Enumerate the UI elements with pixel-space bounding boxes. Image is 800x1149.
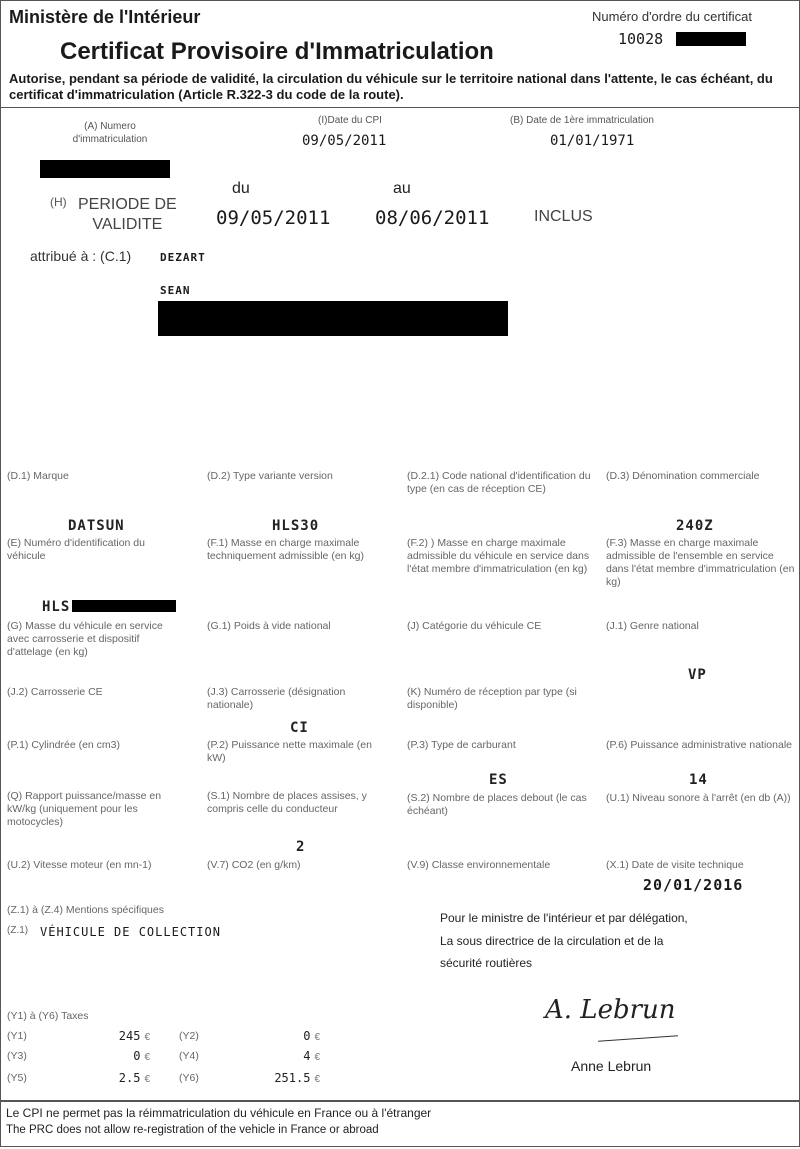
z1-code: (Z.1) [7, 925, 28, 936]
authorization-text: Autorise, pendant sa période de validité… [9, 71, 789, 103]
f3-label: (F.3) Masse en charge maximale admissibl… [606, 537, 796, 589]
tax-y4-value: 4€ [250, 1049, 320, 1063]
vin-value: HLS [42, 599, 70, 615]
u1-label: (U.1) Niveau sonore à l'arrêt (en db (A)… [606, 792, 796, 805]
fiscal-power-value: 14 [689, 772, 708, 788]
brand-value: DATSUN [68, 518, 125, 534]
validity-from-label: du [232, 180, 250, 198]
document-title: Certificat Provisoire d'Immatriculation [60, 38, 494, 66]
cpi-date: 09/05/2011 [302, 133, 386, 149]
tax-y5-value: 2.5€ [80, 1071, 150, 1085]
validity-label: PERIODE DE VALIDITE [78, 195, 177, 235]
d2-label: (D.2) Type variante version [207, 470, 392, 483]
taxes-label: (Y1) à (Y6) Taxes [7, 1010, 89, 1022]
d21-label: (D.2.1) Code national d'identification d… [407, 470, 597, 496]
tax-y3-value: 0€ [80, 1049, 150, 1063]
p6-label: (P.6) Puissance administrative nationale [606, 739, 796, 752]
x1-label: (X.1) Date de visite technique [606, 859, 796, 872]
signature-line1: Pour le ministre de l'intérieur et par d… [440, 911, 688, 925]
type-variant-value: HLS30 [272, 518, 319, 534]
footer-note-fr: Le CPI ne permet pas la réimmatriculatio… [6, 1106, 431, 1120]
signature-scribble: A. Lebrun [545, 995, 676, 1025]
tax-y1-value: 245€ [80, 1029, 150, 1043]
signature-line3: sécurité routières [440, 956, 532, 970]
order-number-prefix: 10028 [618, 30, 663, 48]
tax-y2-value: 0€ [250, 1029, 320, 1043]
technical-inspection-date: 20/01/2016 [643, 876, 743, 894]
registration-number-redaction [40, 160, 170, 178]
national-genre-value: VP [688, 667, 707, 683]
v7-label: (V.7) CO2 (en g/km) [207, 859, 392, 872]
j2-label: (J.2) Carrosserie CE [7, 686, 182, 699]
v9-label: (V.9) Classe environnementale [407, 859, 597, 872]
a-label: (A) Numero d'immatriculation [60, 120, 160, 146]
signatory-name: Anne Lebrun [571, 1058, 651, 1074]
tax-y4-code: (Y4) [179, 1050, 199, 1062]
order-number-label: Numéro d'ordre du certificat [592, 9, 752, 24]
fuel-type-value: ES [489, 772, 508, 788]
tax-y5-code: (Y5) [7, 1072, 27, 1084]
validity-to-label: au [393, 180, 411, 198]
signature-line2: La sous directrice de la circulation et … [440, 934, 663, 948]
holder-label: attribué à : (C.1) [30, 248, 131, 264]
validity-from-date: 09/05/2011 [216, 207, 330, 229]
tax-y3-code: (Y3) [7, 1050, 27, 1062]
tax-y2-code: (Y2) [179, 1030, 199, 1042]
q-label: (Q) Rapport puissance/masse en kW/kg (un… [7, 790, 182, 829]
first-registration-date: 01/01/1971 [550, 133, 634, 149]
p2-label: (P.2) Puissance nette maximale (en kW) [207, 739, 392, 765]
g-label: (G) Masse du véhicule en service avec ca… [7, 620, 182, 659]
d3-label: (D.3) Dénomination commerciale [606, 470, 796, 483]
order-number: 10028 [618, 30, 663, 48]
s2-label: (S.2) Nombre de places debout (le cas éc… [407, 792, 587, 818]
tax-y1-code: (Y1) [7, 1030, 27, 1042]
tax-y6-value: 251.5€ [250, 1071, 320, 1085]
holder-surname: DEZART [160, 251, 206, 264]
order-number-redaction [676, 32, 746, 46]
footer-note-en: The PRC does not allow re-registration o… [6, 1124, 379, 1136]
i-label: (I)Date du CPI [300, 115, 400, 126]
holder-address-redaction [158, 301, 508, 336]
j3-label: (J.3) Carrosserie (désignation nationale… [207, 686, 367, 712]
body-designation-value: CI [290, 720, 309, 736]
validity-to-date: 08/06/2011 [375, 207, 489, 229]
p1-label: (P.1) Cylindrée (en cm3) [7, 739, 182, 752]
f2-label: (F.2) ) Masse en charge maximale admissi… [407, 537, 597, 576]
tax-y6-code: (Y6) [179, 1072, 199, 1084]
d1-label: (D.1) Marque [7, 470, 187, 483]
p3-label: (P.3) Type de carburant [407, 739, 597, 752]
vin-redaction [72, 600, 176, 612]
f1-label: (F.1) Masse en charge maximale technique… [207, 537, 392, 563]
j-label: (J) Catégorie du véhicule CE [407, 620, 597, 633]
s1-label: (S.1) Nombre de places assises, y compri… [207, 790, 392, 816]
holder-first-name: SEAN [160, 284, 191, 297]
e-label: (E) Numéro d'identification du véhicule [7, 537, 177, 563]
commercial-name-value: 240Z [676, 518, 714, 534]
j1-label: (J.1) Genre national [606, 620, 796, 633]
ministry-name: Ministère de l'Intérieur [9, 7, 200, 28]
b-label: (B) Date de 1ère immatriculation [510, 115, 654, 126]
k-label: (K) Numéro de réception par type (si dis… [407, 686, 597, 712]
seats-value: 2 [296, 839, 305, 855]
mentions-label: (Z.1) à (Z.4) Mentions spécifiques [7, 904, 257, 917]
validity-inclusive: INCLUS [534, 208, 593, 226]
h-code: (H) [50, 195, 67, 209]
g1-label: (G.1) Poids à vide national [207, 620, 392, 633]
u2-label: (U.2) Vitesse moteur (en mn-1) [7, 859, 182, 872]
z1-value: VÉHICULE DE COLLECTION [40, 925, 221, 939]
